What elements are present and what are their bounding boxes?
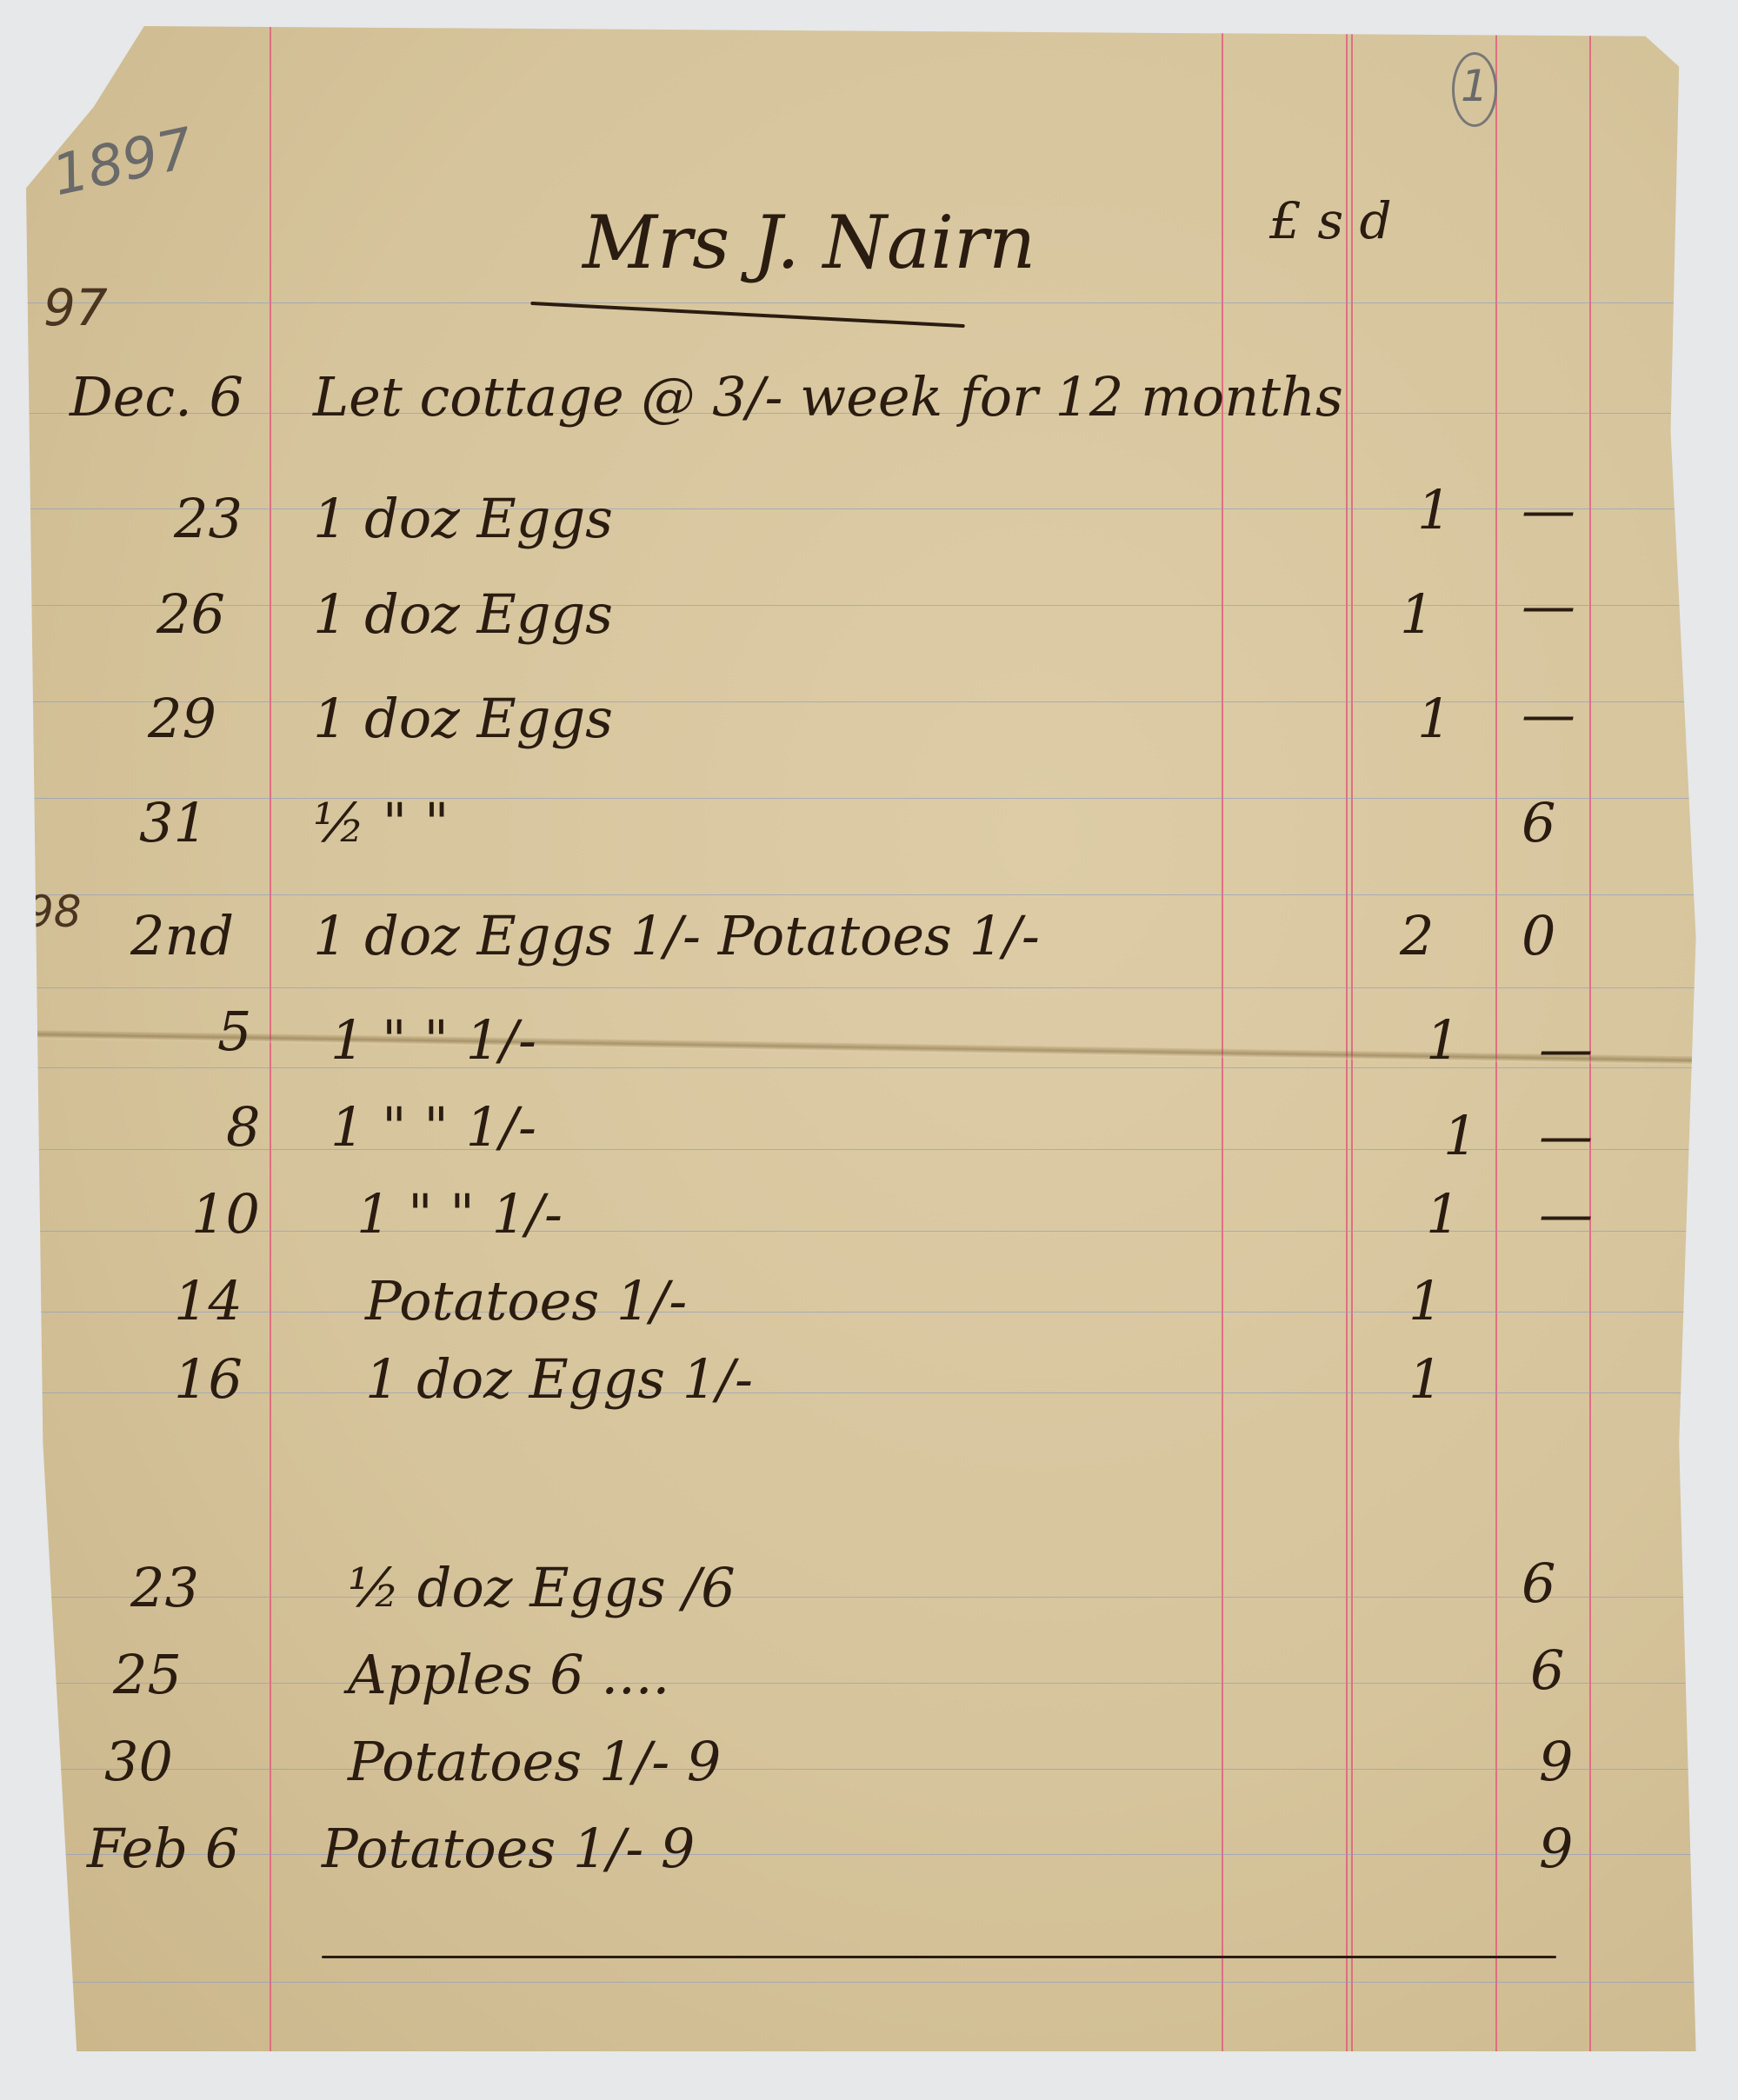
column-rule [1346,26,1348,2051]
ledger-page: 1897 97 98 1 Mrs J. Nairn £ s d Dec. 6 L… [26,26,1713,2051]
entry-pence: 9 [1539,1730,1573,1793]
entry-shillings: 1 [1443,1104,1477,1167]
currency-header: £ s d [1269,191,1392,250]
entry-pence: — [1522,682,1575,746]
margin-note-top: 97 [43,278,108,337]
entry-pence: 6 [1522,1552,1555,1615]
entry-description: 1 " " 1/- [330,1095,536,1159]
entry-description: Potatoes 1/- 9 [322,1817,695,1880]
entry-date: 29 [148,687,216,750]
entry-pence: — [1539,1104,1593,1167]
entry-description: 1 " " 1/- [356,1182,563,1246]
entry-pence: — [1539,1017,1593,1080]
entry-date: 23 [174,487,243,550]
title-underline [530,302,965,328]
entry-date: 26 [156,582,225,646]
entry-date: 31 [139,791,208,854]
entry-date: Dec. 6 [70,365,243,429]
entry-shillings: 1 [1417,687,1451,750]
entry-pence: 0 [1522,904,1555,967]
entry-date: Feb 6 [87,1817,239,1880]
entry-description: Potatoes 1/- [365,1269,687,1332]
ruled-line [26,701,1713,702]
ruled-line [26,987,1713,988]
entry-description: 1 doz Eggs 1/- [365,1347,753,1411]
column-rule [1495,26,1497,2051]
entry-description: Let cottage @ 3/- week for 12 months [313,365,1343,429]
entry-date: 8 [226,1095,260,1159]
entry-shillings: 1 [1408,1269,1442,1332]
ruled-line [26,1982,1713,1983]
year-note: 1897 [47,116,199,209]
ruled-line [26,1312,1713,1312]
margin-note-mid: 98 [26,887,82,937]
entry-date: 23 [130,1556,199,1619]
total-rule [322,1956,1556,1958]
ruled-line [26,1597,1713,1598]
account-title: Mrs J. Nairn [583,200,1035,285]
column-rule [1222,26,1223,2051]
entry-description: 1 doz Eggs 1/- Potatoes 1/- [313,904,1040,967]
ruled-line [26,1392,1713,1393]
entry-shillings: 1 [1408,1347,1442,1411]
column-rule [1351,26,1353,2051]
entry-shillings: 1 [1400,582,1434,646]
entry-description: 1 " " 1/- [330,1008,536,1072]
entry-pence: — [1522,574,1575,637]
entry-description: 1 doz Eggs [313,582,613,646]
ruled-line [26,798,1713,799]
entry-pence: 6 [1522,791,1555,854]
entry-date: 14 [174,1269,243,1332]
ruled-line [26,1683,1713,1684]
entry-description: ½ doz Eggs /6 [348,1556,736,1619]
entry-shillings: 1 [1426,1182,1460,1246]
entry-shillings: 1 [1426,1008,1460,1072]
entry-date: 5 [217,1000,251,1063]
entry-shillings: 2 [1400,904,1434,967]
entry-pence: — [1539,1182,1593,1246]
entry-description: ½ " " [313,791,449,854]
ruled-line [26,605,1713,606]
entry-date: 25 [113,1643,182,1706]
entry-description: Apples 6 .... [348,1643,669,1706]
entry-date: 16 [174,1347,243,1411]
ruled-line [26,302,1713,303]
page-number: 1 [1461,61,1488,111]
entry-description: 1 doz Eggs [313,687,613,750]
ruled-line [26,1769,1713,1770]
ruled-line [26,894,1713,895]
entry-shillings: 1 [1417,478,1451,542]
entry-pence: 9 [1539,1817,1573,1880]
ruled-line [26,508,1713,509]
entry-pence: — [1522,478,1575,542]
entry-pence: 6 [1530,1638,1564,1702]
entry-description: Potatoes 1/- 9 [348,1730,721,1793]
entry-date: 10 [191,1182,260,1246]
entry-date: 30 [104,1730,173,1793]
entry-date: 2nd [130,904,234,967]
ruled-line [26,1854,1713,1855]
entry-description: 1 doz Eggs [313,487,613,550]
